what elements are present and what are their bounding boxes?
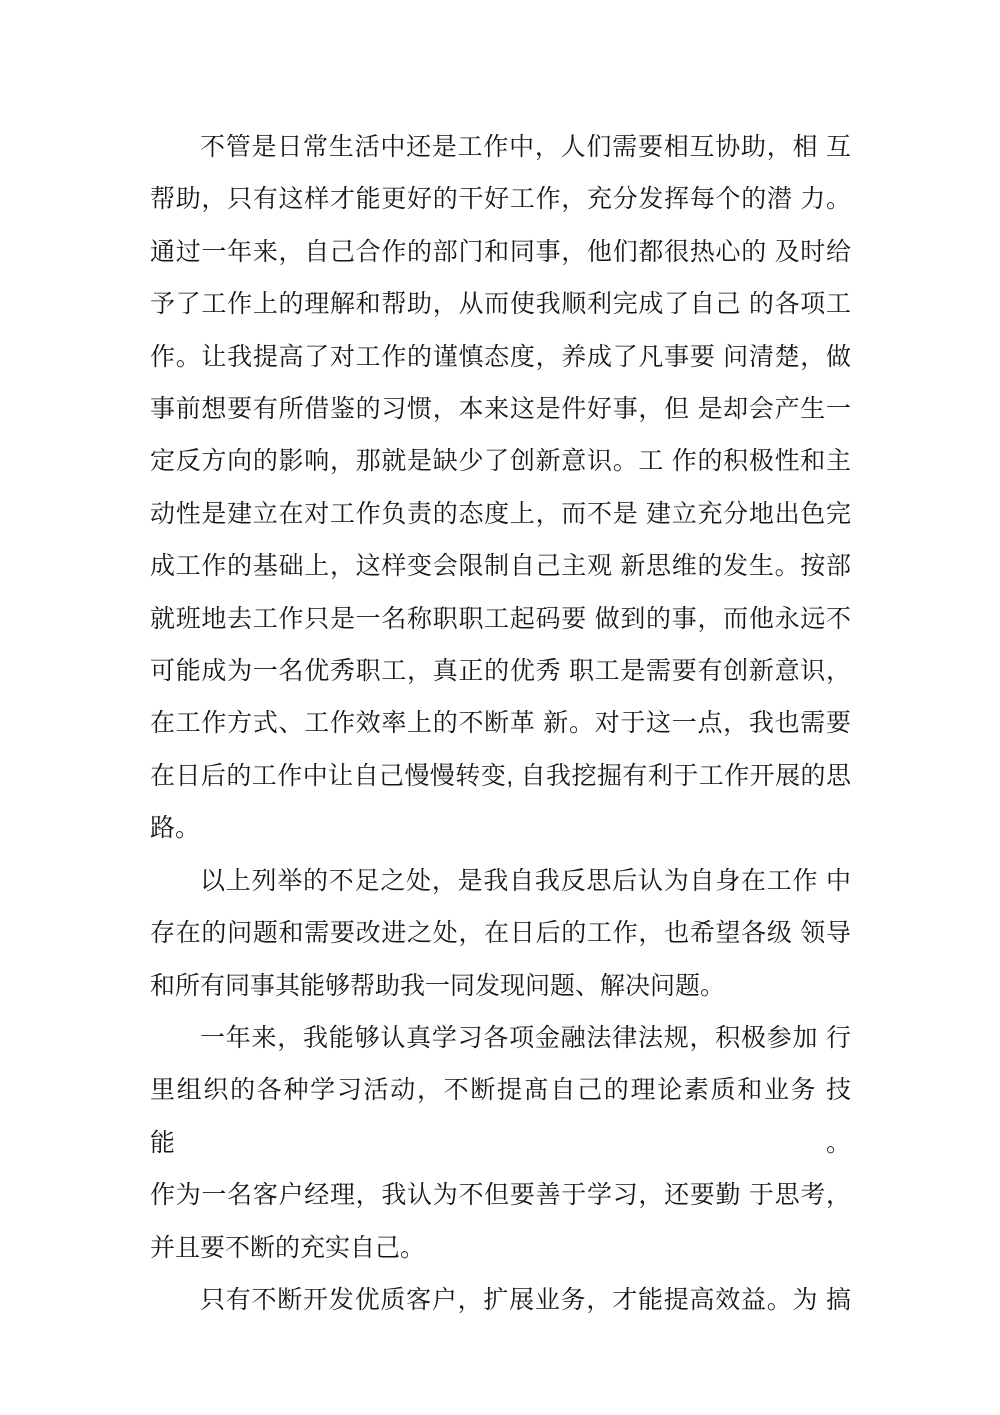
- text-line: 予了工作上的理解和帮助，从而使我顺利完成了自己 的各项工: [150, 278, 851, 330]
- text-line: 作为一名客户经理，我认为不但要善于学习，还要勤 于思考，: [150, 1169, 851, 1221]
- paragraph: 只有不断开发优质客户，扩展业务，才能提高效益。为 搞: [150, 1274, 851, 1326]
- paragraph: 一年来，我能够认真学习各项金融法律法规，积极参加 行 里组织的各种学习活动，不断…: [150, 1012, 851, 1274]
- text-line: 存在的问题和需要改进之处，在日后的工作，也希望各级 领导: [150, 907, 851, 959]
- text-line: 就班地去工作只是一名称职职工起码要 做到的事，而他永远不: [150, 593, 851, 645]
- text-line: 作。让我提高了对工作的谨慎态度，养成了凡事要 问清楚，做: [150, 331, 851, 383]
- text-line: 可能成为一名优秀职工，真正的优秀 职工是需要有创新意识，: [150, 645, 851, 697]
- text-line: 不管是日常生活中还是工作中，人们需要相互协助，相 互: [150, 121, 851, 173]
- paragraph: 以上列举的不足之处，是我自我反思后认为自身在工作 中 存在的问题和需要改进之处，…: [150, 855, 851, 1012]
- text-line: 在工作方式、工作效率上的不断革 新。对于这一点，我也需要: [150, 697, 851, 749]
- text-line: 成工作的基础上，这样变会限制自己主观 新思维的发生。按部: [150, 540, 851, 592]
- paragraph: 不管是日常生活中还是工作中，人们需要相互协助，相 互 帮助，只有这样才能更好的干…: [150, 121, 851, 855]
- text-line: 并且要不断的充实自己。: [150, 1222, 851, 1274]
- text-line: 以上列举的不足之处，是我自我反思后认为自身在工作 中: [150, 855, 851, 907]
- document-page: 不管是日常生活中还是工作中，人们需要相互协助，相 互 帮助，只有这样才能更好的干…: [0, 0, 1000, 1415]
- text-line: 动性是建立在对工作负责的态度上，而不是 建立充分地出色完: [150, 488, 851, 540]
- text-line: 通过一年来，自己合作的部门和同事，他们都很热心的 及时给: [150, 226, 851, 278]
- text-line: 事前想要有所借鉴的习惯，本来这是件好事，但 是却会产生一: [150, 383, 851, 435]
- text-line: 路。: [150, 802, 851, 854]
- text-line: 定反方向的影响，那就是缺少了创新意识。工 作的积极性和主: [150, 435, 851, 487]
- text-line: 里组织的各种学习活动，不断提髙自己的理论素质和业务 技能。: [150, 1064, 851, 1169]
- text-line: 只有不断开发优质客户，扩展业务，才能提高效益。为 搞: [150, 1274, 851, 1326]
- text-line: 和所有同事其能够帮助我一同发现问题、解决问题。: [150, 960, 851, 1012]
- text-line: 在日后的工作中让自己慢慢转变, 自我挖掘有利于工作开展的思: [150, 750, 851, 802]
- text-line: 一年来，我能够认真学习各项金融法律法规，积极参加 行: [150, 1012, 851, 1064]
- text-line: 帮助，只有这样才能更好的干好工作，充分发挥每个的潜 力。: [150, 173, 851, 225]
- document-text-block: 不管是日常生活中还是工作中，人们需要相互协助，相 互 帮助，只有这样才能更好的干…: [150, 121, 851, 1326]
